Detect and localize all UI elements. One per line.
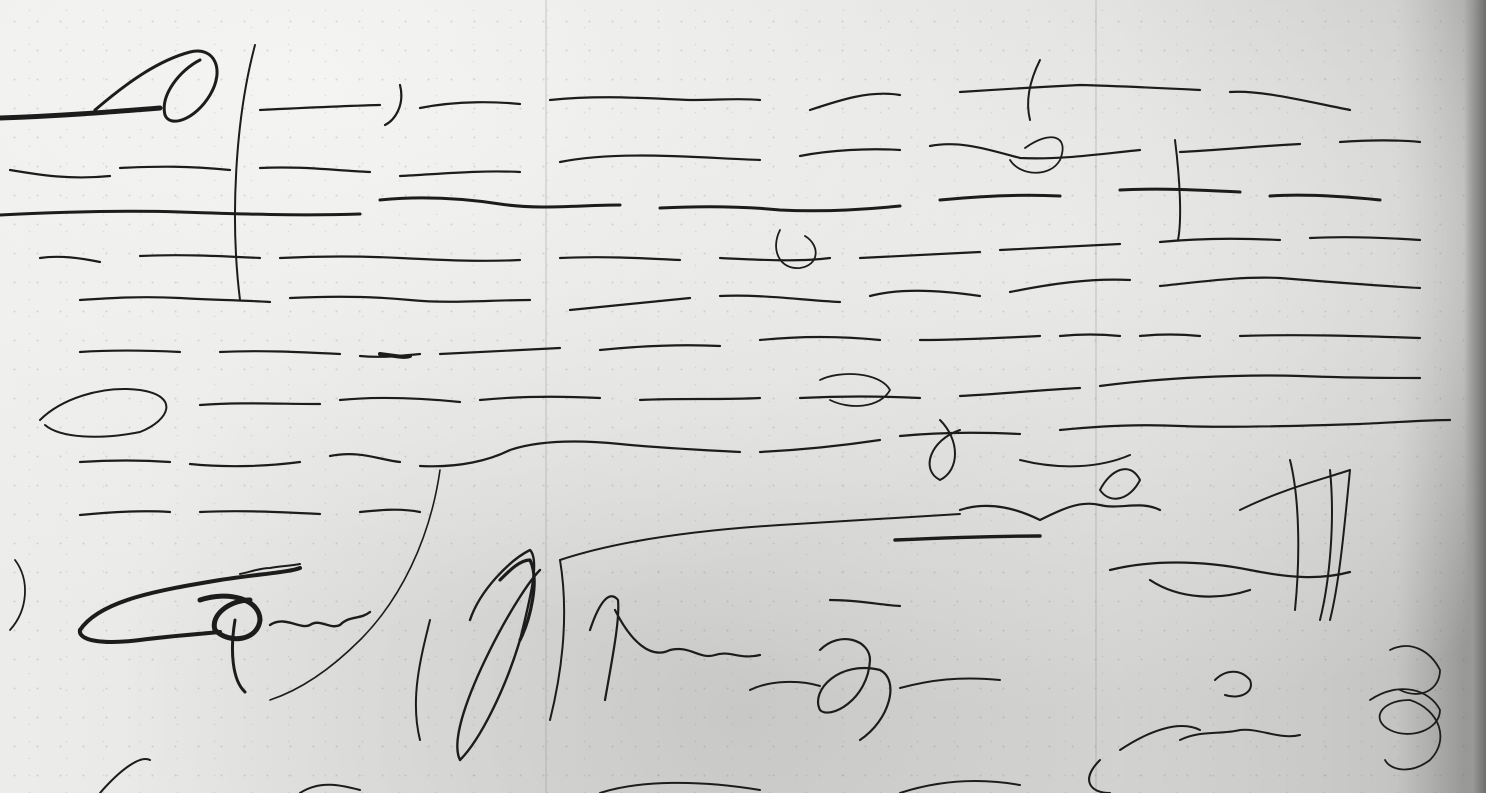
- handwriting-strokes: [0, 0, 1486, 793]
- manuscript-page: ...e Joam de ... ... ... sobre ... dare …: [0, 0, 1486, 793]
